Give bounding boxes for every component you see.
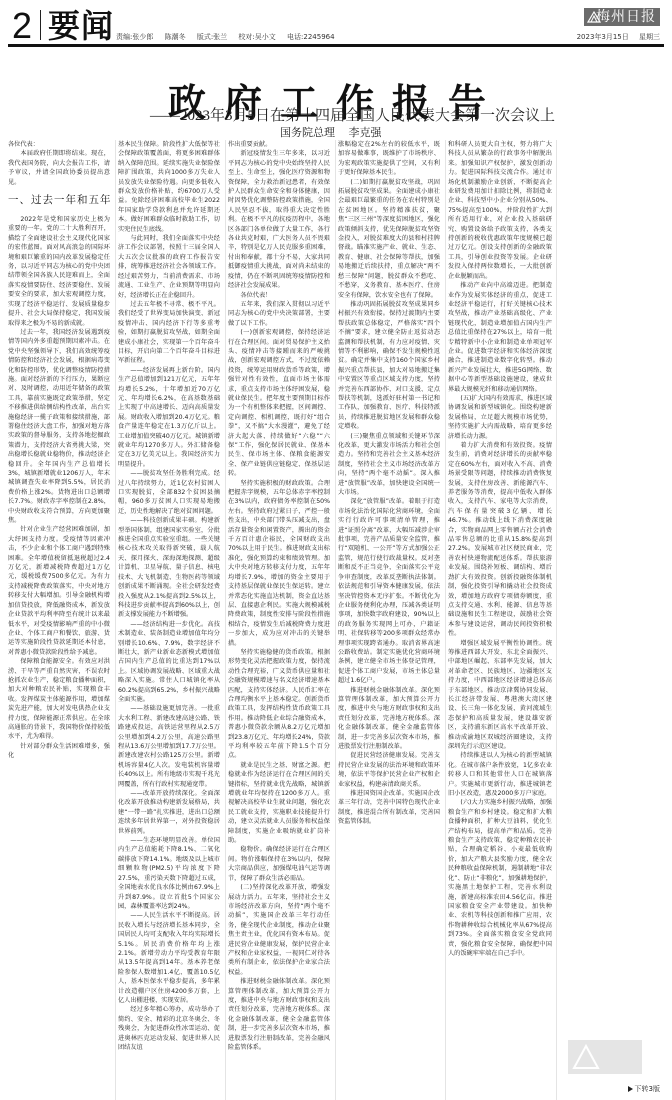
subsection-paragraph: (一)创新宏观调控，保持经济运行在合理区间。面对贸易保护主义抬头、疫情冲击等接踵… [228,328,330,479]
bullet-paragraph: ——生态环境明显改善。单位国内生产总值能耗下降8.1%、二氧化碳排放下降14.1… [118,836,220,911]
newspaper-logo: 梅州日报 [584,8,660,26]
bullet-paragraph: ——改革开放持续深化。全面深化改革开放推动构建新发展格局，共建“一带一路”扎实推… [118,789,220,836]
bullet-paragraph: ——基础设施更加完善。一批重大水利工程、新建改建高速公路、铁路建成投运，高铁运营… [118,704,220,789]
byline-name: 李克强 [349,126,382,139]
subsection-paragraph: (三)聚焦重点领域和关键环节深化改革，更大激发市场活力和社会创造力。坚持和完善社… [338,432,440,498]
body-paragraph: ——经济发展再上新台阶。国内生产总值增加到121万亿元，五年年均增长5.2%，十… [118,366,220,469]
text-column-1: 各位代表：本届政府任期即将结束。现在，我代表国务院，向大会报告工作，请予审议，并… [8,140,110,1100]
layout-credit: 版式:张兰 [197,33,227,41]
newspaper-name: 梅州日报 [596,9,656,25]
body-paragraph: 作出重要贡献。 [228,140,330,149]
issue-weekday: 星期三 [639,33,660,41]
body-paragraph: 推动巩固拓展脱贫攻坚成果同乡村振兴有效衔接。保持过渡期内主要帮扶政策总体稳定，严… [338,300,440,432]
subsection-paragraph: (五)扩大国内有效需求，推进区域协调发展和新型城镇化。围绕构建新发展格局，立足超… [448,394,552,441]
proofreader-credit: 校对:吴小文 [238,33,275,41]
body-paragraph: 本届政府任期即将结束。现在，我代表国务院，向大会报告工作，请予审议，并请全国政协… [8,149,110,187]
body-paragraph: 推进国资国企改革。实施国企改革三年行动，完善中国特色现代企业制度，推进混合所有制… [338,789,440,827]
editor-credits: 责编:张少郎 陈潮冬 版式:张兰 校对:吴小文 电话:2245964 [116,32,344,42]
column-divider [225,140,226,1100]
body-paragraph: 与此同时，我们全面落实中央经济工作会议部署，按照十三届全国人大五次会议批准的政府… [118,234,220,300]
text-column-2: 基本民生保障。阶段性扩大低保等社会保障政策覆盖面，将更多困难群体纳入保障范围。延… [118,140,220,1100]
body-paragraph: 保障粮食能源安全。有效应对洪涝、干旱等严重自然灾害，不误农时抢抓农业生产，稳定粮… [8,657,110,742]
plum-blossom-logo-icon [587,10,601,24]
continued-on-page-note: 下转3版 [628,1084,660,1094]
text-column-4: 涨幅稳定在2%左右的较低水平，既加容易做难事，既维护了市场秩序、为宏观政策实施提… [338,140,440,1100]
body-paragraph: 增强区域发展平衡性协调性。统筹推进西部大开发、东北全面振兴、中部地区崛起、东部率… [448,639,552,752]
body-paragraph: 各位代表！ [228,291,330,300]
article-subtitle: ——2023年3月5日在第十四届全国人民代表大会第一次会议上 [150,104,570,125]
body-paragraph: 推进财税金融体制改革。深化预算管理体制改革，加大预算公开力度，推进中央与地方财政… [228,977,330,1052]
subsection-paragraph: (二)如期打赢脱贫攻坚战，巩固拓展脱贫攻坚成果。全面建成小康社会最艰巨最繁重的任… [338,178,440,300]
body-paragraph: 坚持实施稳健的货币政策。根据形势变化灵活把握政策力度，保持流动性合理充裕，广义货… [228,648,330,761]
body-paragraph: 就业是民生之基、财富之源。把稳就业作为经济运行在合理区间的关键指标，坚持就业优先… [228,761,330,846]
text-column-5: 和科研人员更大自主权，努力将广大科技人员从繁杂的行政事务中解脱出来。加强知识产权… [448,140,552,1100]
article-body: 各位代表：本届政府任期即将结束。现在，我代表国务院，向大会报告工作，请予审议，并… [8,140,664,1100]
issue-date-line: 2023年3月15日 星期三 [569,32,660,42]
body-paragraph: 针对企业生产经营困难加剧，加大纾困支持力度。受疫情等因素冲击，不少企业和个体工商… [8,525,110,657]
editor-credit: 陈潮冬 [165,33,186,41]
body-paragraph: 各位代表： [8,140,110,149]
body-paragraph: 过去一年，我国经济发展遇到疫情等国内外多重超预期因素冲击。在党中央坚强领导下，我… [8,328,110,526]
body-paragraph: 涨幅稳定在2%左右的较低水平，既加容易做难事，既维护了市场秩序、为宏观政策实施提… [338,140,440,178]
continue-label: 下转3版 [635,1085,660,1093]
body-paragraph: 基本民生保障。阶段性扩大低保等社会保障政策覆盖面，将更多困难群体纳入保障范围。延… [118,140,220,234]
body-paragraph: 五年来，我们深入贯彻以习近平同志为核心的党中央决策部署，主要做了以下工作。 [228,300,330,328]
body-paragraph: 着力扩大消费和有效投资。疫情发生前，消费对经济增长的贡献率稳定在60%左右，面对… [448,441,552,639]
body-paragraph: 针对部分群众生活困难增多，强化 [8,742,110,761]
page-masthead: 2 要闻 责编:张少郎 陈潮冬 版式:张兰 校对:吴小文 电话:2245964 … [8,0,664,46]
body-paragraph: 稳物价。确保经济运行在合理区间。物价涨幅保持在3%以内，保障大宗商品供应，加强煤… [228,845,330,883]
masthead-rule [8,44,664,47]
subsection-paragraph: (六)大力实施乡村振兴战略，加强粮食生产和乡村建设。稳定和扩大粮食播种面积，扩种… [448,798,552,958]
body-paragraph: 深化“放管服”改革。着眼于打造市场化法治化国际化营商环境，全面实行行政许可事项清… [338,497,440,685]
page-number: 2 [12,8,32,44]
body-paragraph: 推进财税金融体制改革。深化预算管理体制改革，加大预算公开力度，推进中央与地方财政… [338,686,440,752]
column-divider [335,140,336,1100]
subsection-paragraph: (二)坚持深化改革开放，增强发展动力活力。五年来，坚持社会主义市场经济改革方向，… [228,883,330,977]
body-paragraph: 坚持实施积极的财政政策。合理把握赤字规模，五年总体赤字率控制在3%以内，政府债务… [228,479,330,648]
bullet-paragraph: ——经济结构进一步优化。高技术制造业、装备制造业增加值年均分别增长10.6%、7… [118,620,220,705]
body-paragraph: 过去五年极不寻常、极不平凡。我们经受了世界变局加快演变、新冠疫情冲击、国内经济下… [118,300,220,366]
column-divider [556,140,557,1100]
text-column-6 [560,140,664,1075]
body-paragraph: 2022年是党和国家历史上极为重要的一年。党的二十大胜利召开，描绘了全面建设社会… [8,215,110,328]
body-paragraph: 新冠疫情发生三年多来，以习近平同志为核心的党中央始终坚持人民至上、生命至上，强化… [228,149,330,290]
body-paragraph: 促进民营经济健康发展。完善支持民营企业发展的法治环境和政策环境，依法平等保护民营… [338,751,440,789]
column-divider [115,140,116,1100]
bullet-paragraph: ——脱贫攻坚任务胜利完成。经过八年持续努力，近1亿农村贫困人口实现脱贫，全部83… [118,469,220,516]
body-paragraph: 和科研人员更大自主权，努力将广大科技人员从繁杂的行政事务中解脱出来。加强知识产权… [448,140,552,281]
issue-date: 2023年3月15日 [577,33,629,41]
triangle-right-icon [628,1086,633,1092]
body-paragraph: 持续推进以人为核心的新型城镇化。在城市落户条件放宽，1亿多农业转移人口和其他常住… [448,751,552,798]
section-heading: 一、过去一年和五年工作回顾 [8,193,110,207]
byline-role: 国务院总理 [280,126,335,139]
text-column-3: 作出重要贡献。新冠疫情发生三年多来，以习近平同志为核心的党中央始终坚持人民至上、… [228,140,330,1100]
editor-credit: 责编:张少郎 [116,33,153,41]
bullet-paragraph: ——科技创新成果丰硕。构建新型举国体制，组建国家实验室，分批推进全国重点实验室重… [118,516,220,619]
article-byline: 国务院总理 李克强 [280,124,382,140]
masthead-divider [40,10,41,40]
body-paragraph: 经过多年精心筹办，成功举办了简约、安全、精彩的北京冬奥会、冬残奥会，为促进群众性… [118,1005,220,1052]
bullet-paragraph: ——人民生活水平不断提高。居民收入增长与经济增长基本同步，全国居民人均可支配收入… [118,911,220,1005]
section-title: 要闻 [48,8,114,44]
body-paragraph: 推动产业向中高端迈进。把制造业作为发展实体经济的重点，促进工业经济平稳运行，打好… [448,281,552,394]
column-divider [445,140,446,1100]
watermark-logo-icon [568,1040,642,1074]
phone-number: 电话:2245964 [287,33,335,41]
